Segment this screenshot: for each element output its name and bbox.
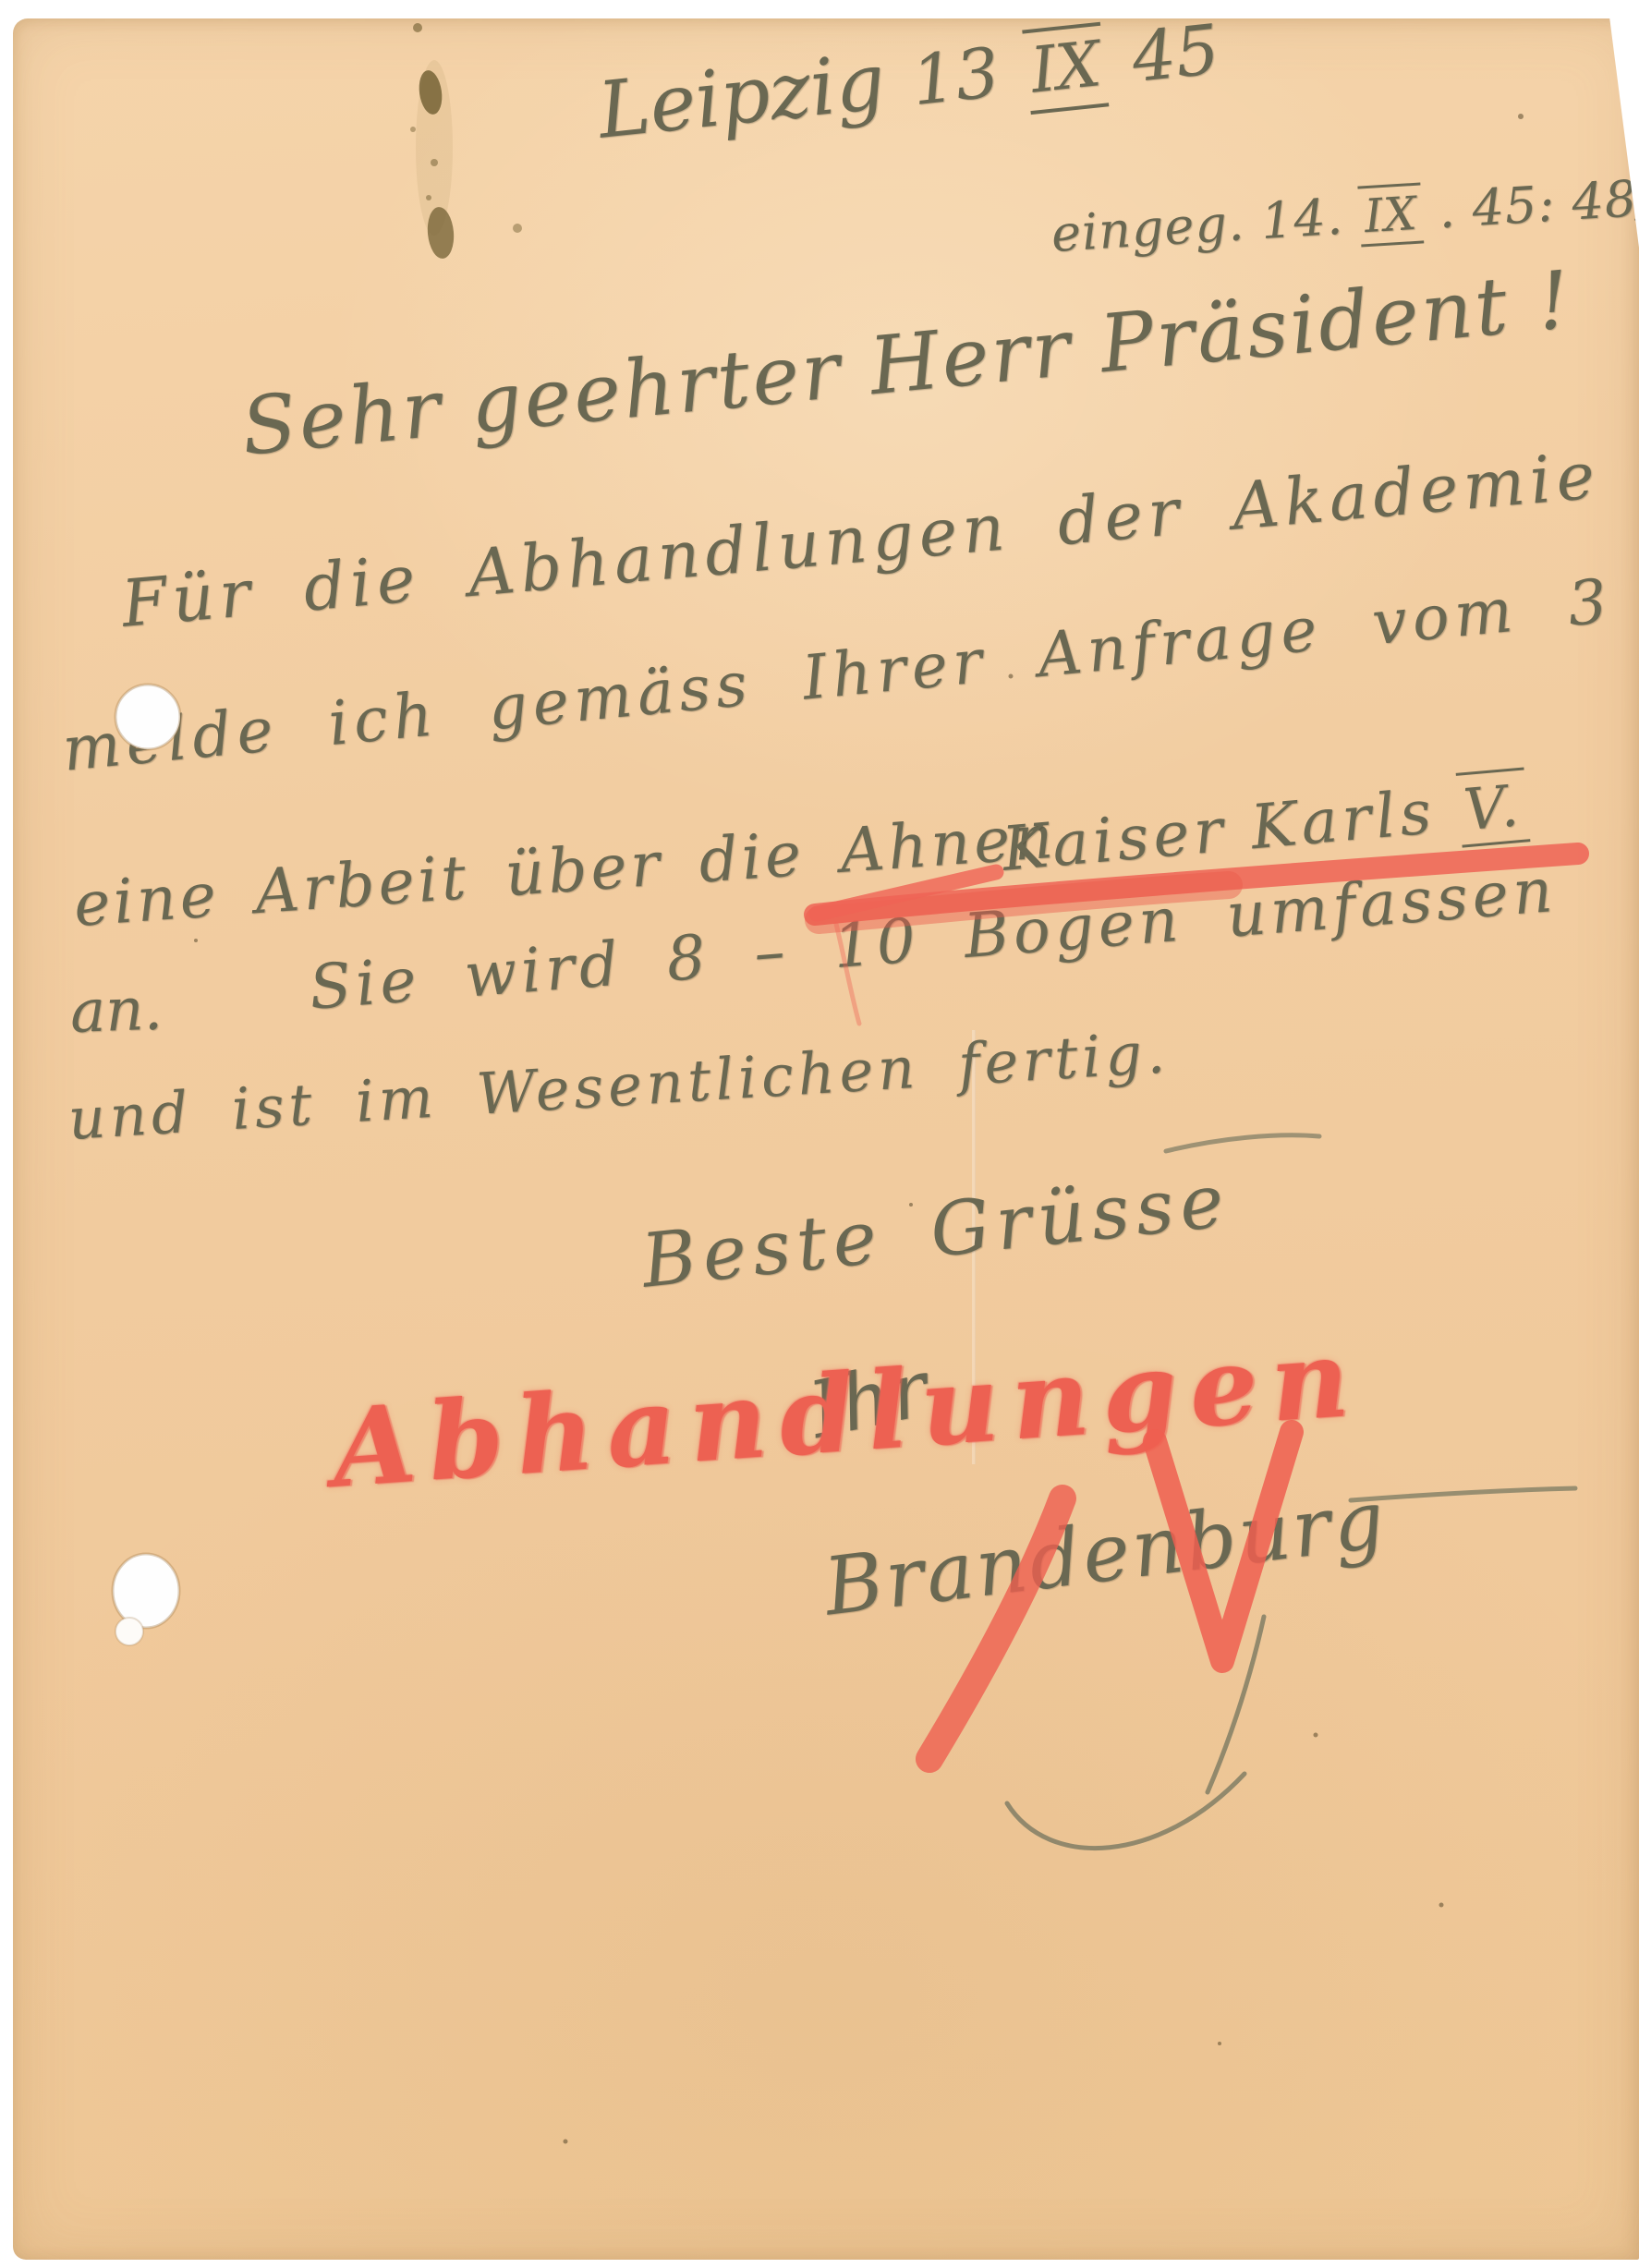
annotation-marks-layer: [0, 0, 1639, 2268]
punch-hole-bottom: [113, 1554, 179, 1645]
scan-edge-wedge: [1609, 17, 1639, 248]
red-underline-mark: [815, 854, 1578, 1024]
signature-flourish: [1007, 1135, 1575, 1849]
pencil-dash-after-fertig: [1166, 1135, 1319, 1151]
paper-speck-marks: [194, 114, 1524, 2144]
red-drip-stroke: [836, 924, 859, 1024]
red-crayon-descender: [929, 1498, 1062, 1759]
scanned-letter: Leipzig 13 IX 45 eingeg. 14. IX . 45: 48…: [0, 0, 1639, 2268]
ink-stain-marks: [410, 23, 522, 260]
punch-hole-top: [115, 685, 180, 749]
red-checkmark: [1155, 1432, 1292, 1661]
